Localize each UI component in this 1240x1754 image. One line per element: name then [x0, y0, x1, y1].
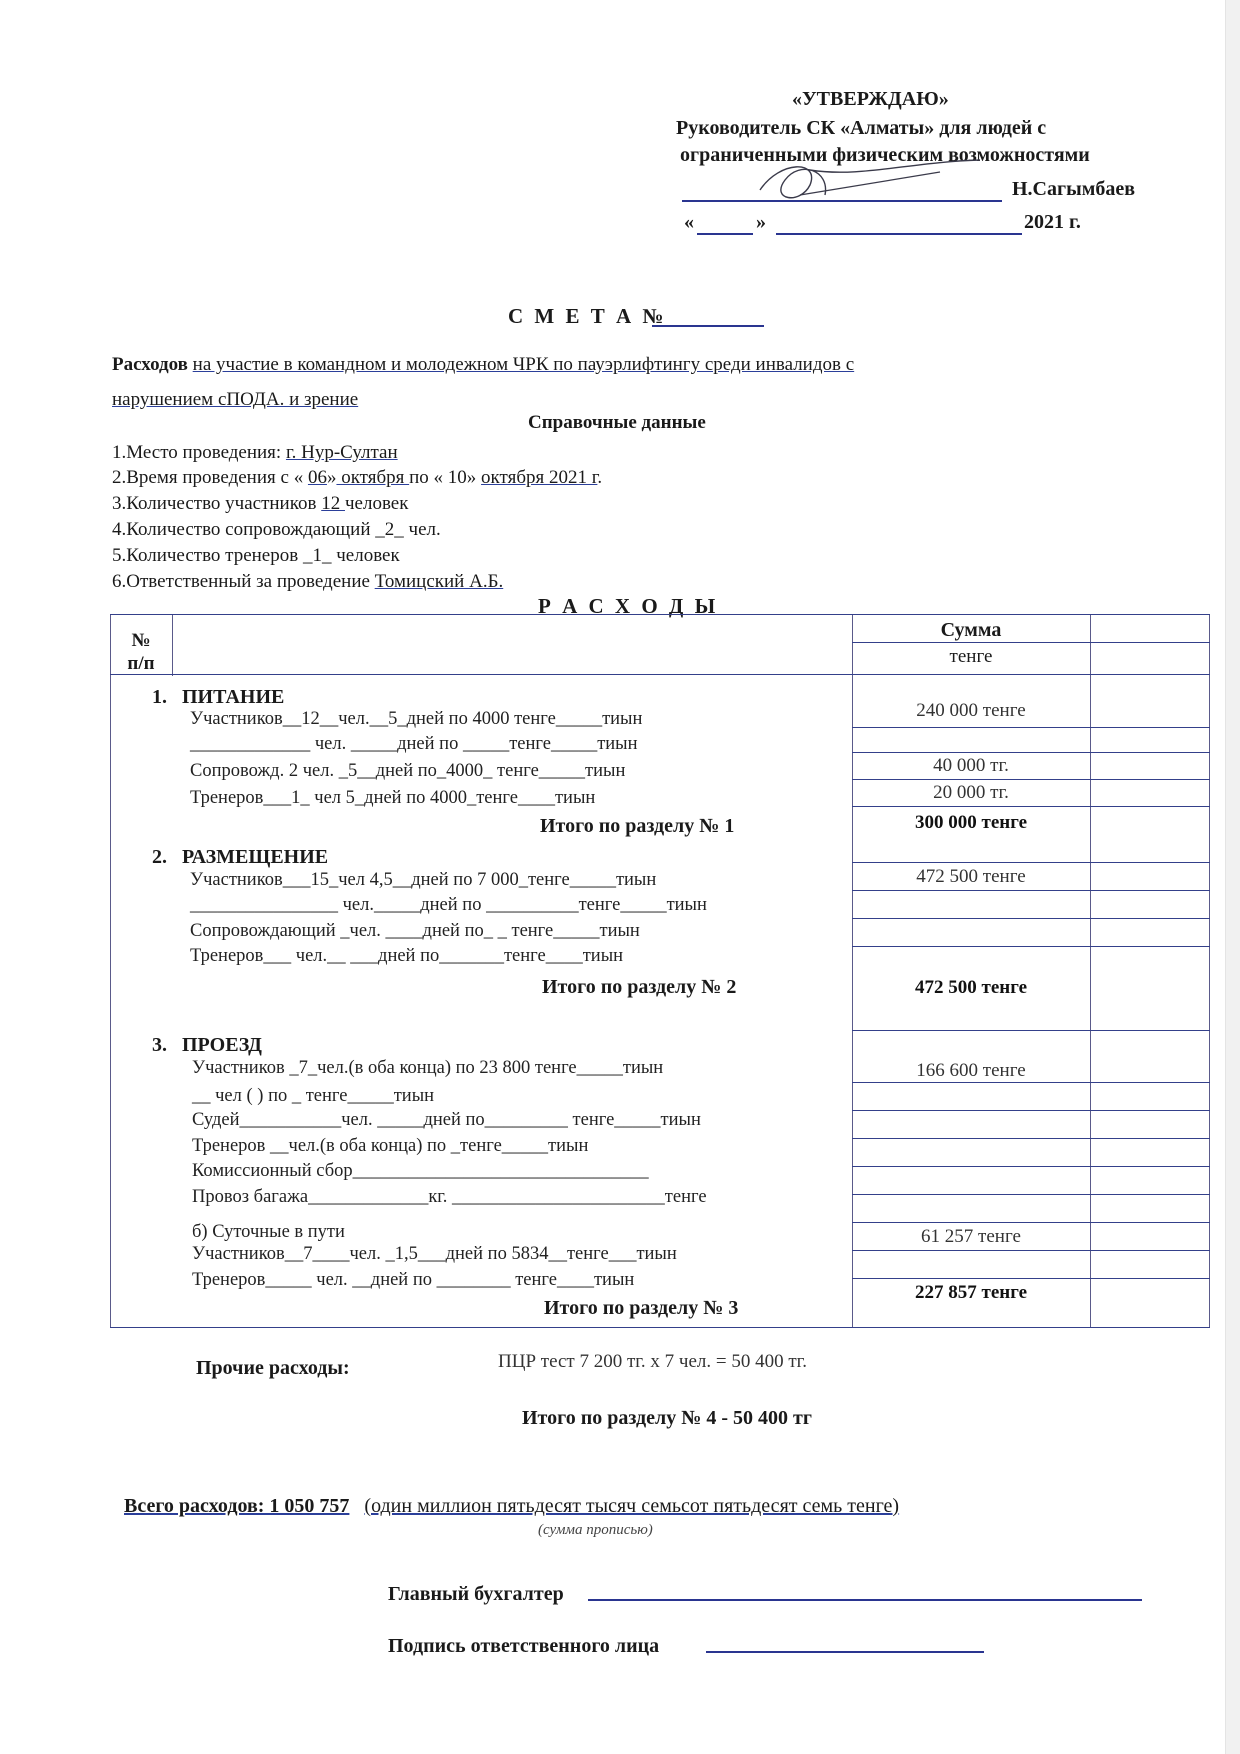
- approval-signature-line: [682, 200, 1002, 202]
- approval-date-close: »: [756, 209, 766, 236]
- section-1-sum: 40 000 тг.: [852, 755, 1090, 777]
- reference-heading: Справочные данные: [528, 411, 706, 435]
- section-3-header: 3. ПРОЕЗД: [152, 1034, 262, 1057]
- approval-date-open: «: [684, 209, 694, 236]
- section-3-total-sum: 227 857 тенге: [852, 1282, 1090, 1304]
- purpose-line-2: нарушением сПОДА. и зрение: [112, 388, 358, 412]
- other-expenses-total: Итого по разделу № 4 - 50 400 тг: [522, 1406, 812, 1430]
- section-3-row: Тренеров_____ чел. __дней по ________ те…: [192, 1270, 634, 1291]
- purpose-label: Расходов: [112, 354, 188, 375]
- other-expenses-value: ПЦР тест 7 200 тг. х 7 чел. = 50 400 тг.: [498, 1350, 807, 1374]
- grand-total-label: Всего расходов: 1 050 757: [124, 1495, 349, 1517]
- accountant-signature-line[interactable]: [588, 1599, 1142, 1601]
- section-3-row: __ чел ( ) по _ тенге_____тиын: [192, 1086, 434, 1107]
- purpose-line-1: на участие в командном и молодежном ЧРК …: [193, 354, 855, 375]
- reference-time: 2.Время проведения с « 06» октября по « …: [112, 466, 602, 490]
- grand-total-note: (сумма прописью): [538, 1522, 653, 1539]
- expenses-heading: Р А С Х О Д Ы: [538, 594, 718, 619]
- section-2-sum: 472 500 тенге: [852, 866, 1090, 888]
- approval-title: «УТВЕРЖДАЮ»: [792, 86, 949, 113]
- section-1-row: Тренеров___1_ чел 5_дней по 4000_тенге__…: [190, 788, 595, 809]
- section-3-row: Участников__7____чел. _1,5___дней по 583…: [192, 1244, 677, 1265]
- reference-participants: 3.Количество участников 12 человек: [112, 492, 408, 516]
- section-2-row: ________________ чел._____дней по ______…: [190, 895, 707, 916]
- page-edge: [1225, 0, 1240, 1754]
- col-number-label-1: №: [110, 630, 172, 652]
- section-1-header: 1. ПИТАНИЕ: [152, 686, 284, 709]
- grand-total: Всего расходов: 1 050 757 (один миллион …: [124, 1494, 899, 1518]
- reference-escorts: 4.Количество сопровождающий _2_ чел.: [112, 518, 441, 542]
- section-1-sum: 240 000 тенге: [852, 700, 1090, 722]
- col-sum-unit: тенге: [852, 646, 1090, 668]
- section-1-sum: 20 000 тг.: [852, 782, 1090, 804]
- section-2-header: 2. РАЗМЕЩЕНИЕ: [152, 846, 328, 869]
- doc-title: С М Е Т А №: [508, 304, 667, 329]
- section-3-row: Комиссионный сбор_______________________…: [192, 1161, 649, 1182]
- reference-coaches: 5.Количество тренеров _1_ человек: [112, 544, 400, 568]
- responsible-label: Подпись ответственного лица: [388, 1634, 659, 1658]
- responsible-signature-line[interactable]: [706, 1651, 984, 1653]
- section-3-row: Тренеров __чел.(в оба конца) по _тенге__…: [192, 1136, 588, 1157]
- grand-total-words: (один миллион пятьдесят тысяч семьсот пя…: [364, 1495, 899, 1517]
- accountant-label: Главный бухгалтер: [388, 1582, 564, 1606]
- section-2-row: Тренеров___ чел.__ ___дней по_______тенг…: [190, 946, 623, 967]
- section-3-sum: 166 600 тенге: [852, 1060, 1090, 1082]
- section-2-total-sum: 472 500 тенге: [852, 977, 1090, 999]
- section-3-total-label: Итого по разделу № 3: [544, 1296, 738, 1320]
- other-expenses-label: Прочие расходы:: [196, 1356, 350, 1380]
- section-2-row: Участников___15_чел 4,5__дней по 7 000_т…: [190, 870, 656, 891]
- col-number-label-2: п/п: [110, 653, 172, 675]
- section-3-row: Участников _7_чел.(в оба конца) по 23 80…: [192, 1058, 663, 1079]
- section-1-total-label: Итого по разделу № 1: [540, 814, 734, 838]
- section-3-row: б) Суточные в пути: [192, 1222, 345, 1243]
- section-3-sum: 61 257 тенге: [852, 1226, 1090, 1248]
- reference-responsible: 6.Ответственный за проведение Томицский …: [112, 570, 503, 594]
- approval-signatory: Н.Сагымбаев: [1012, 176, 1135, 203]
- section-2-total-label: Итого по разделу № 2: [542, 975, 736, 999]
- section-2-row: Сопровождающий _чел. ____дней по_ _ тенг…: [190, 921, 640, 942]
- section-1-total-sum: 300 000 тенге: [852, 812, 1090, 834]
- approval-day-line: [697, 233, 753, 235]
- section-1-row: Сопровожд. 2 чел. _5__дней по_4000_ тенг…: [190, 761, 625, 782]
- col-sum-label: Сумма: [852, 619, 1090, 642]
- approval-line-1: Руководитель СК «Алматы» для людей с: [676, 115, 1046, 142]
- doc-number-line: [652, 325, 764, 327]
- section-1-row: Участников__12__чел.__5_дней по 4000 тен…: [190, 709, 642, 730]
- reference-venue: 1.Место проведения: г. Нур-Султан: [112, 441, 398, 465]
- section-3-row: Судей___________чел. _____дней по_______…: [192, 1110, 701, 1131]
- approval-month-line: [776, 233, 1022, 235]
- section-1-row: _____________ чел. _____дней по _____тен…: [190, 734, 638, 755]
- approval-year: 2021 г.: [1024, 209, 1081, 236]
- section-3-row: Провоз багажа_____________кг. __________…: [192, 1187, 707, 1208]
